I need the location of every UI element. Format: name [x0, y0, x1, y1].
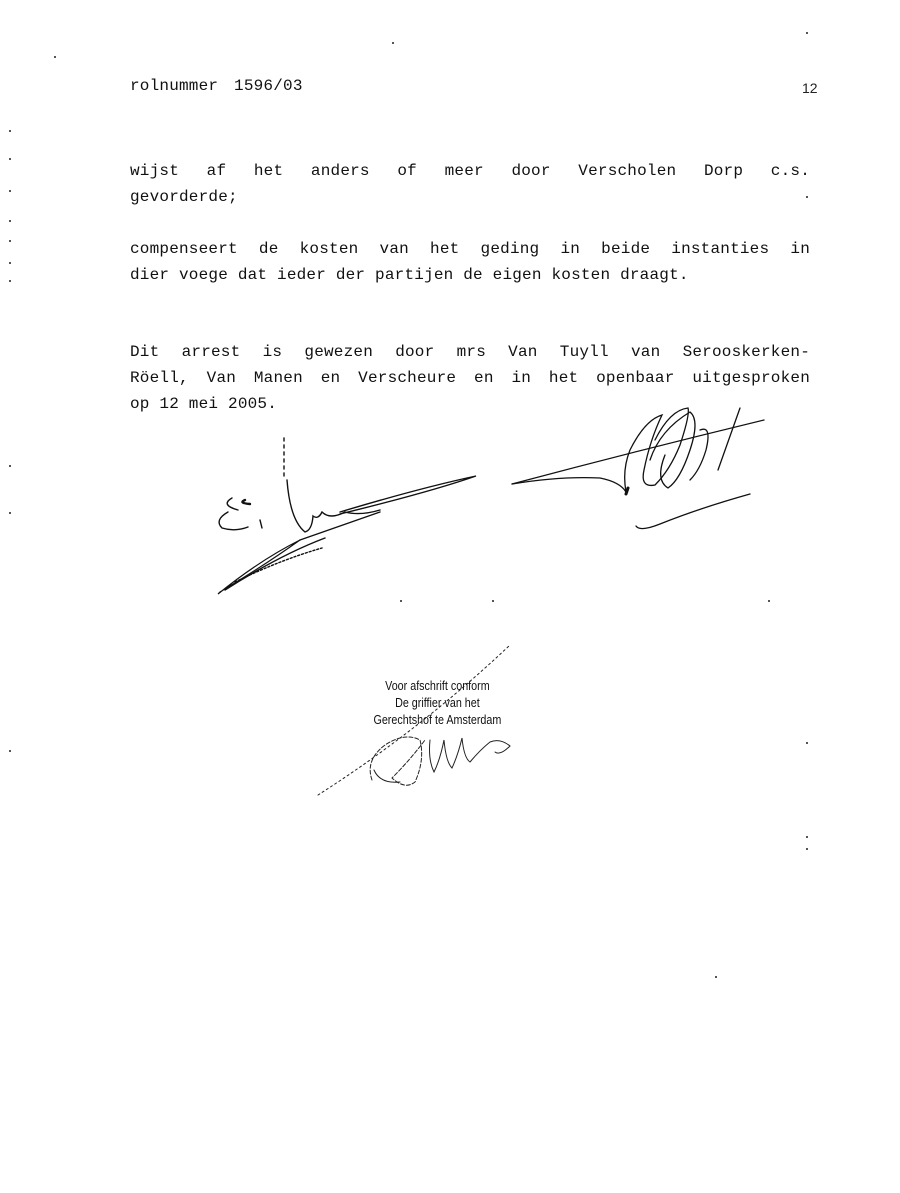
paragraph-judgment-statement: Dit arrest is gewezen door mrs Van Tuyll… — [130, 339, 810, 417]
document-page: rolnummer 1596/03 12 wijst af het anders… — [0, 0, 900, 1193]
scan-speck — [9, 280, 11, 282]
scan-speck — [806, 836, 808, 838]
scan-speck — [400, 600, 402, 602]
scan-speck — [9, 750, 11, 752]
scan-speck — [806, 742, 808, 744]
rolnummer-label: rolnummer — [130, 77, 218, 95]
judge-signature-left — [218, 438, 476, 594]
scan-speck — [768, 600, 770, 602]
case-number-header: rolnummer 1596/03 — [130, 77, 303, 95]
scan-speck — [806, 196, 808, 198]
stamp-line-1: Voor afschrift conform — [360, 678, 515, 695]
scan-speck — [9, 158, 11, 160]
scan-speck — [492, 600, 494, 602]
paragraph-line: op 12 mei 2005. — [130, 391, 810, 417]
paragraph-dismissal: wijst af het anders of meer door Verscho… — [130, 158, 810, 210]
scan-speck — [715, 976, 717, 978]
scan-speck — [54, 56, 56, 58]
stamp-line-2: De griffier van het — [360, 695, 515, 712]
paragraph-line: Röell, Van Manen en Verscheure en in het… — [130, 365, 810, 391]
scan-speck — [9, 190, 11, 192]
scan-speck — [9, 262, 11, 264]
paragraph-line: wijst af het anders of meer door Verscho… — [130, 158, 810, 184]
scan-speck — [9, 130, 11, 132]
scan-speck — [806, 848, 808, 850]
stamp-line-3: Gerechtshof te Amsterdam — [360, 712, 515, 729]
scan-speck — [9, 465, 11, 467]
scan-speck — [9, 512, 11, 514]
paragraph-costs: compenseert de kosten van het geding in … — [130, 236, 810, 288]
scan-speck — [392, 42, 394, 44]
scan-speck — [9, 240, 11, 242]
page-number: 12 — [802, 80, 818, 96]
rolnummer-value: 1596/03 — [234, 77, 303, 95]
scan-speck — [9, 220, 11, 222]
paragraph-line: dier voege dat ieder der partijen de eig… — [130, 262, 810, 288]
certified-copy-stamp: Voor afschrift conform De griffier van h… — [360, 678, 515, 729]
scan-speck — [806, 32, 808, 34]
judge-signature-right — [512, 408, 764, 529]
paragraph-line: Dit arrest is gewezen door mrs Van Tuyll… — [130, 339, 810, 365]
paragraph-line: gevorderde; — [130, 184, 810, 210]
paragraph-line: compenseert de kosten van het geding in … — [130, 236, 810, 262]
